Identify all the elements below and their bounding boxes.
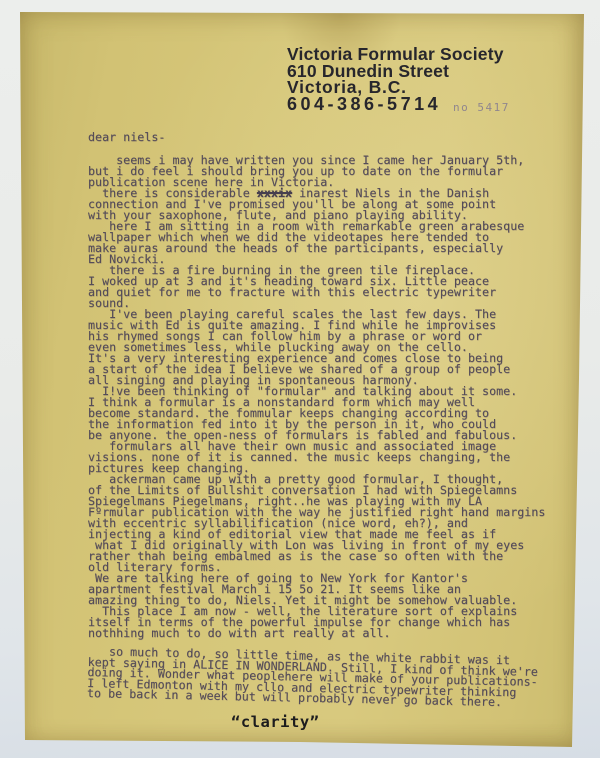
letter-paper: Victoria Formular Society 610 Dunedin St… <box>18 8 584 748</box>
letter-body: seems i may have written you since I cam… <box>88 155 545 639</box>
letter-closing-paragraph: so much to do, so little time, as the wh… <box>87 646 538 708</box>
salutation: dear niels- <box>88 132 165 143</box>
letterhead-number-note: no 5417 <box>453 101 510 114</box>
body-text-after-strike: inarest Niels in the Danish connection a… <box>88 186 545 640</box>
caption-clarity: “clarity” <box>231 713 320 731</box>
photo-background: Victoria Formular Society 610 Dunedin St… <box>0 0 600 758</box>
